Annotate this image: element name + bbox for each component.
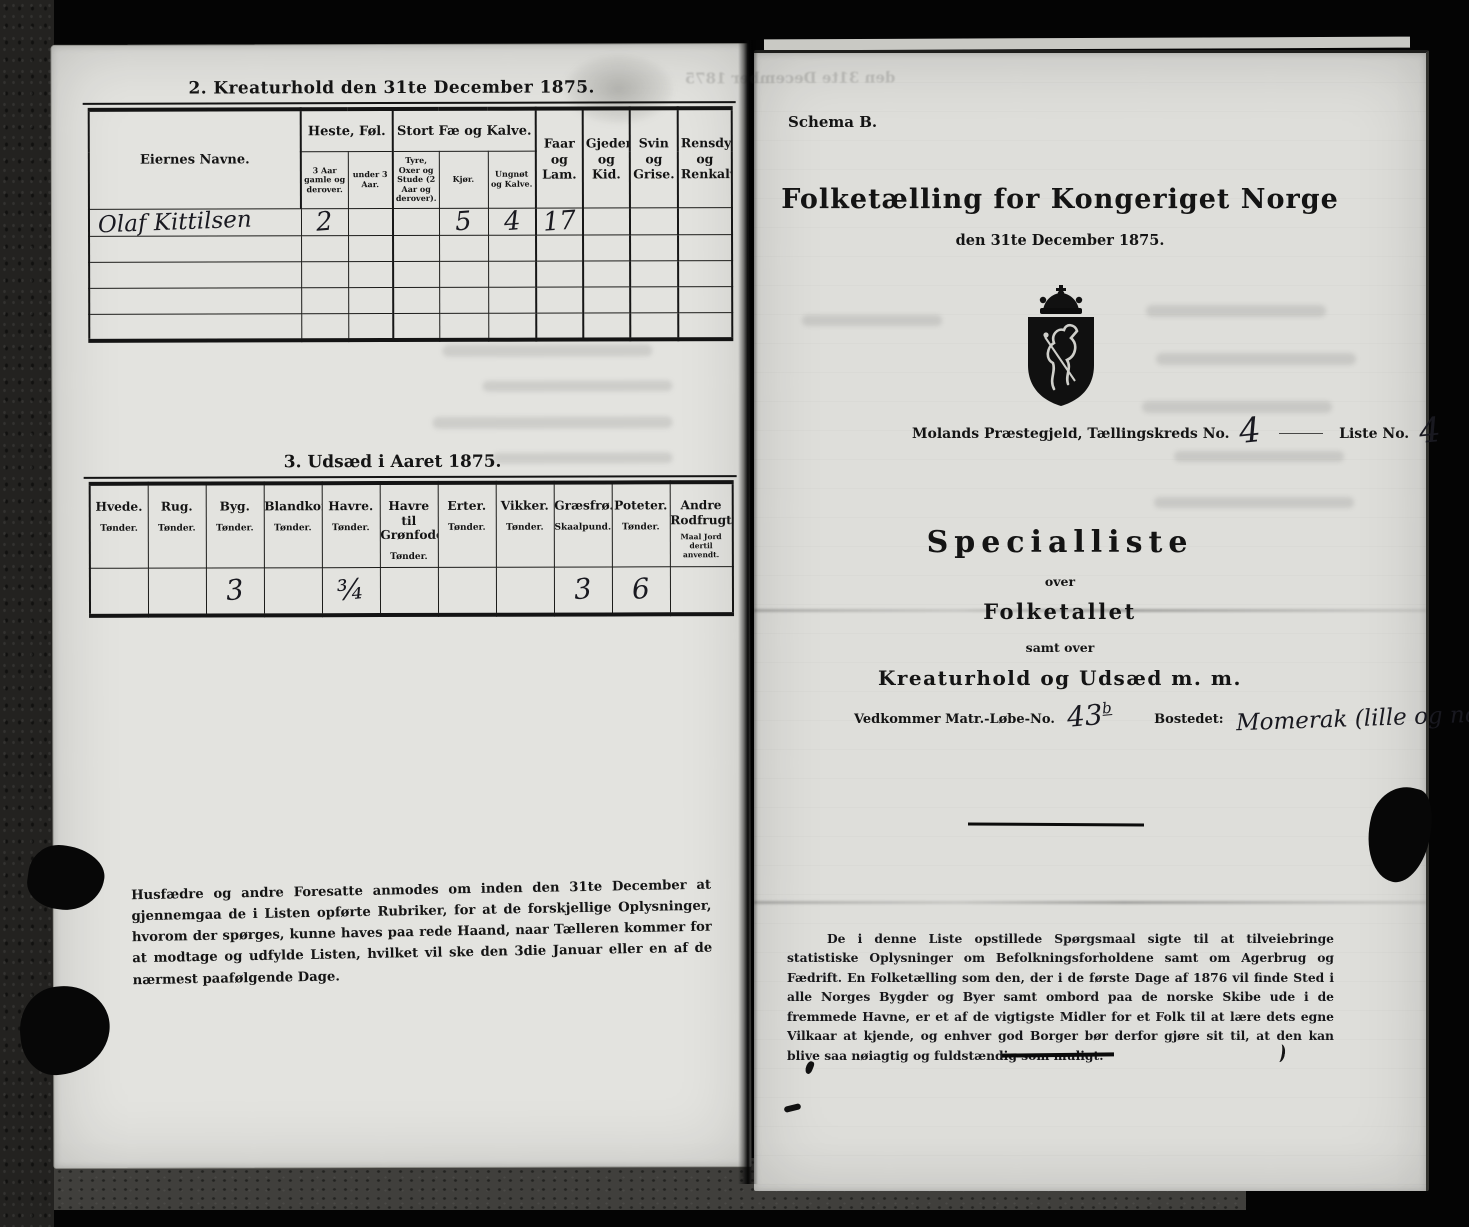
rule-line — [1279, 433, 1323, 434]
bosted-handwritten: Momerak (lille og nordre) — [1235, 700, 1469, 737]
bleedthrough-smudge — [1154, 497, 1354, 508]
handwritten-value: 2 — [315, 209, 333, 236]
matrikkel-line: Vedkommer Matr.-Løbe-No.43bBostedet:Mome… — [854, 699, 1469, 732]
handwritten-value: 3 — [573, 575, 593, 604]
census-main-title: Folketælling for Kongeriget Norge — [760, 184, 1360, 215]
table-row: Olaf Kittilsen 2 5 4 17 — [89, 208, 732, 237]
col-byg: Byg.Tønder. — [206, 483, 264, 568]
col-havre: Havre.Tønder. — [322, 483, 380, 568]
census-date-line: den 31te December 1875. — [760, 232, 1360, 249]
subtitle-specialliste: Specialliste — [760, 525, 1360, 560]
col-rug: Rug.Tønder. — [148, 484, 206, 569]
matrikkel-number-handwritten: 43b — [1066, 697, 1114, 734]
page-left: 2. Kreaturhold den 31te December 1875. E… — [51, 43, 752, 1169]
subtitle-over: over — [760, 574, 1360, 589]
bosted-label: Bostedet: — [1154, 712, 1223, 727]
bleedthrough-smudge — [802, 315, 942, 326]
handwritten-value: 4 — [503, 208, 521, 235]
matrikkel-label: Vedkommer Matr.-Løbe-No. — [854, 712, 1055, 727]
col-rensdyr-header: Rensdyr og Renkalve. — [678, 108, 732, 208]
col-erter: Erter.Tønder. — [438, 483, 496, 568]
udsaed-title: 3. Udsæd i Aaret 1875. — [113, 451, 673, 472]
table-row — [89, 313, 732, 341]
col-poteter: Poteter.Tønder. — [612, 482, 670, 567]
col-gjeder-header: Gjeder og Kid. — [583, 108, 630, 208]
schema-label: Schema B. — [788, 113, 877, 131]
udsaed-table: Hvede.Tønder. Rug.Tønder. Byg.Tønder. Bl… — [89, 480, 734, 617]
col-hvede: Hvede.Tønder. — [90, 484, 148, 569]
subtitle-kreaturhold: Kreaturhold og Udsæd m. m. — [760, 666, 1360, 690]
table-row — [89, 261, 732, 289]
sub-fae-ungnoet: Ungnøt og Kalve. — [488, 151, 536, 208]
col-group-heste: Heste, Føl. — [301, 109, 393, 152]
bleedthrough-smudge — [433, 416, 673, 429]
ink-blot — [784, 1103, 802, 1113]
subtitle-samt-over: samt over — [760, 640, 1360, 655]
col-owner-header: Eiernes Navne. — [89, 109, 301, 209]
table-row — [89, 287, 732, 315]
ink-underline-mark — [968, 823, 1144, 827]
census-purpose-paragraph: De i denne Liste opstillede Spørgsmaal s… — [787, 929, 1334, 1065]
col-rodfrugter: Andre Rodfrugter.Maal Jord dertil anvend… — [670, 482, 733, 567]
liste-number-handwritten: 4 — [1417, 410, 1443, 452]
handwritten-value: ¾ — [336, 575, 366, 605]
book-gutter — [738, 40, 758, 1184]
sub-fae-kjoer: Kjør. — [439, 151, 488, 208]
scanned-census-spread: 2. Kreaturhold den 31te December 1875. E… — [0, 0, 1469, 1227]
bleedthrough-smudge — [1174, 451, 1344, 462]
bleedthrough-title-text: den 31te December 1875 — [565, 68, 1015, 88]
paper-crease — [754, 609, 1426, 612]
bleedthrough-smudge — [1146, 305, 1326, 317]
rule-line — [84, 475, 737, 479]
col-graesfroe: Græsfrø.Skaalpund. — [554, 482, 612, 567]
col-vikker: Vikker.Tønder. — [496, 483, 554, 568]
col-group-fae: Stort Fæ og Kalve. — [393, 109, 536, 152]
coat-of-arms-icon — [1016, 285, 1106, 410]
col-faar-header: Faar og Lam. — [536, 109, 583, 209]
underlying-page-edge — [764, 37, 1410, 51]
table-row — [89, 235, 732, 263]
col-svin-header: Svin og Grise. — [630, 108, 678, 208]
handwritten-value: 5 — [454, 208, 472, 235]
col-blandkorn: Blandkorn.Tønder. — [264, 483, 322, 568]
liste-label: Liste No. — [1339, 426, 1409, 442]
parish-label: Molands Præstegjeld, Tællingskreds No. — [912, 426, 1229, 442]
page-right: Schema B. Folketælling for Kongeriget No… — [754, 50, 1429, 1191]
district-line: Molands Præstegjeld, Tællingskreds No.4L… — [912, 411, 1441, 451]
bleedthrough-smudge — [482, 380, 672, 391]
handwritten-value: 3 — [225, 576, 245, 605]
kreaturhold-table: Eiernes Navne. Heste, Føl. Stort Fæ og K… — [88, 106, 734, 342]
sub-fae-tyre: Tyre, Oxer og Stude (2 Aar og derover). — [393, 151, 439, 208]
sub-heste-under3: under 3 Aar. — [348, 152, 393, 209]
census-instruction-note: Husfædre og andre Foresatte anmodes om i… — [131, 875, 713, 991]
col-havre-groenfoder: Havre til Grønfoder.Tønder. — [380, 483, 438, 568]
table-row: 3 ¾ 3 6 — [90, 567, 733, 616]
bleedthrough-smudge — [442, 344, 652, 357]
handwritten-value: 17 — [542, 208, 577, 235]
paper-crease — [754, 901, 1426, 904]
handwritten-value: 6 — [631, 575, 651, 604]
table-header-row: Eiernes Navne. Heste, Føl. Stort Fæ og K… — [89, 108, 732, 152]
bleedthrough-smudge — [1156, 353, 1356, 365]
handwritten-owner-name: Olaf Kittilsen — [90, 209, 253, 237]
krets-number-handwritten: 4 — [1237, 410, 1263, 452]
sub-heste-over3: 3 Aar gamle og derover. — [301, 152, 348, 209]
table-header-row: Hvede.Tønder. Rug.Tønder. Byg.Tønder. Bl… — [90, 482, 733, 568]
